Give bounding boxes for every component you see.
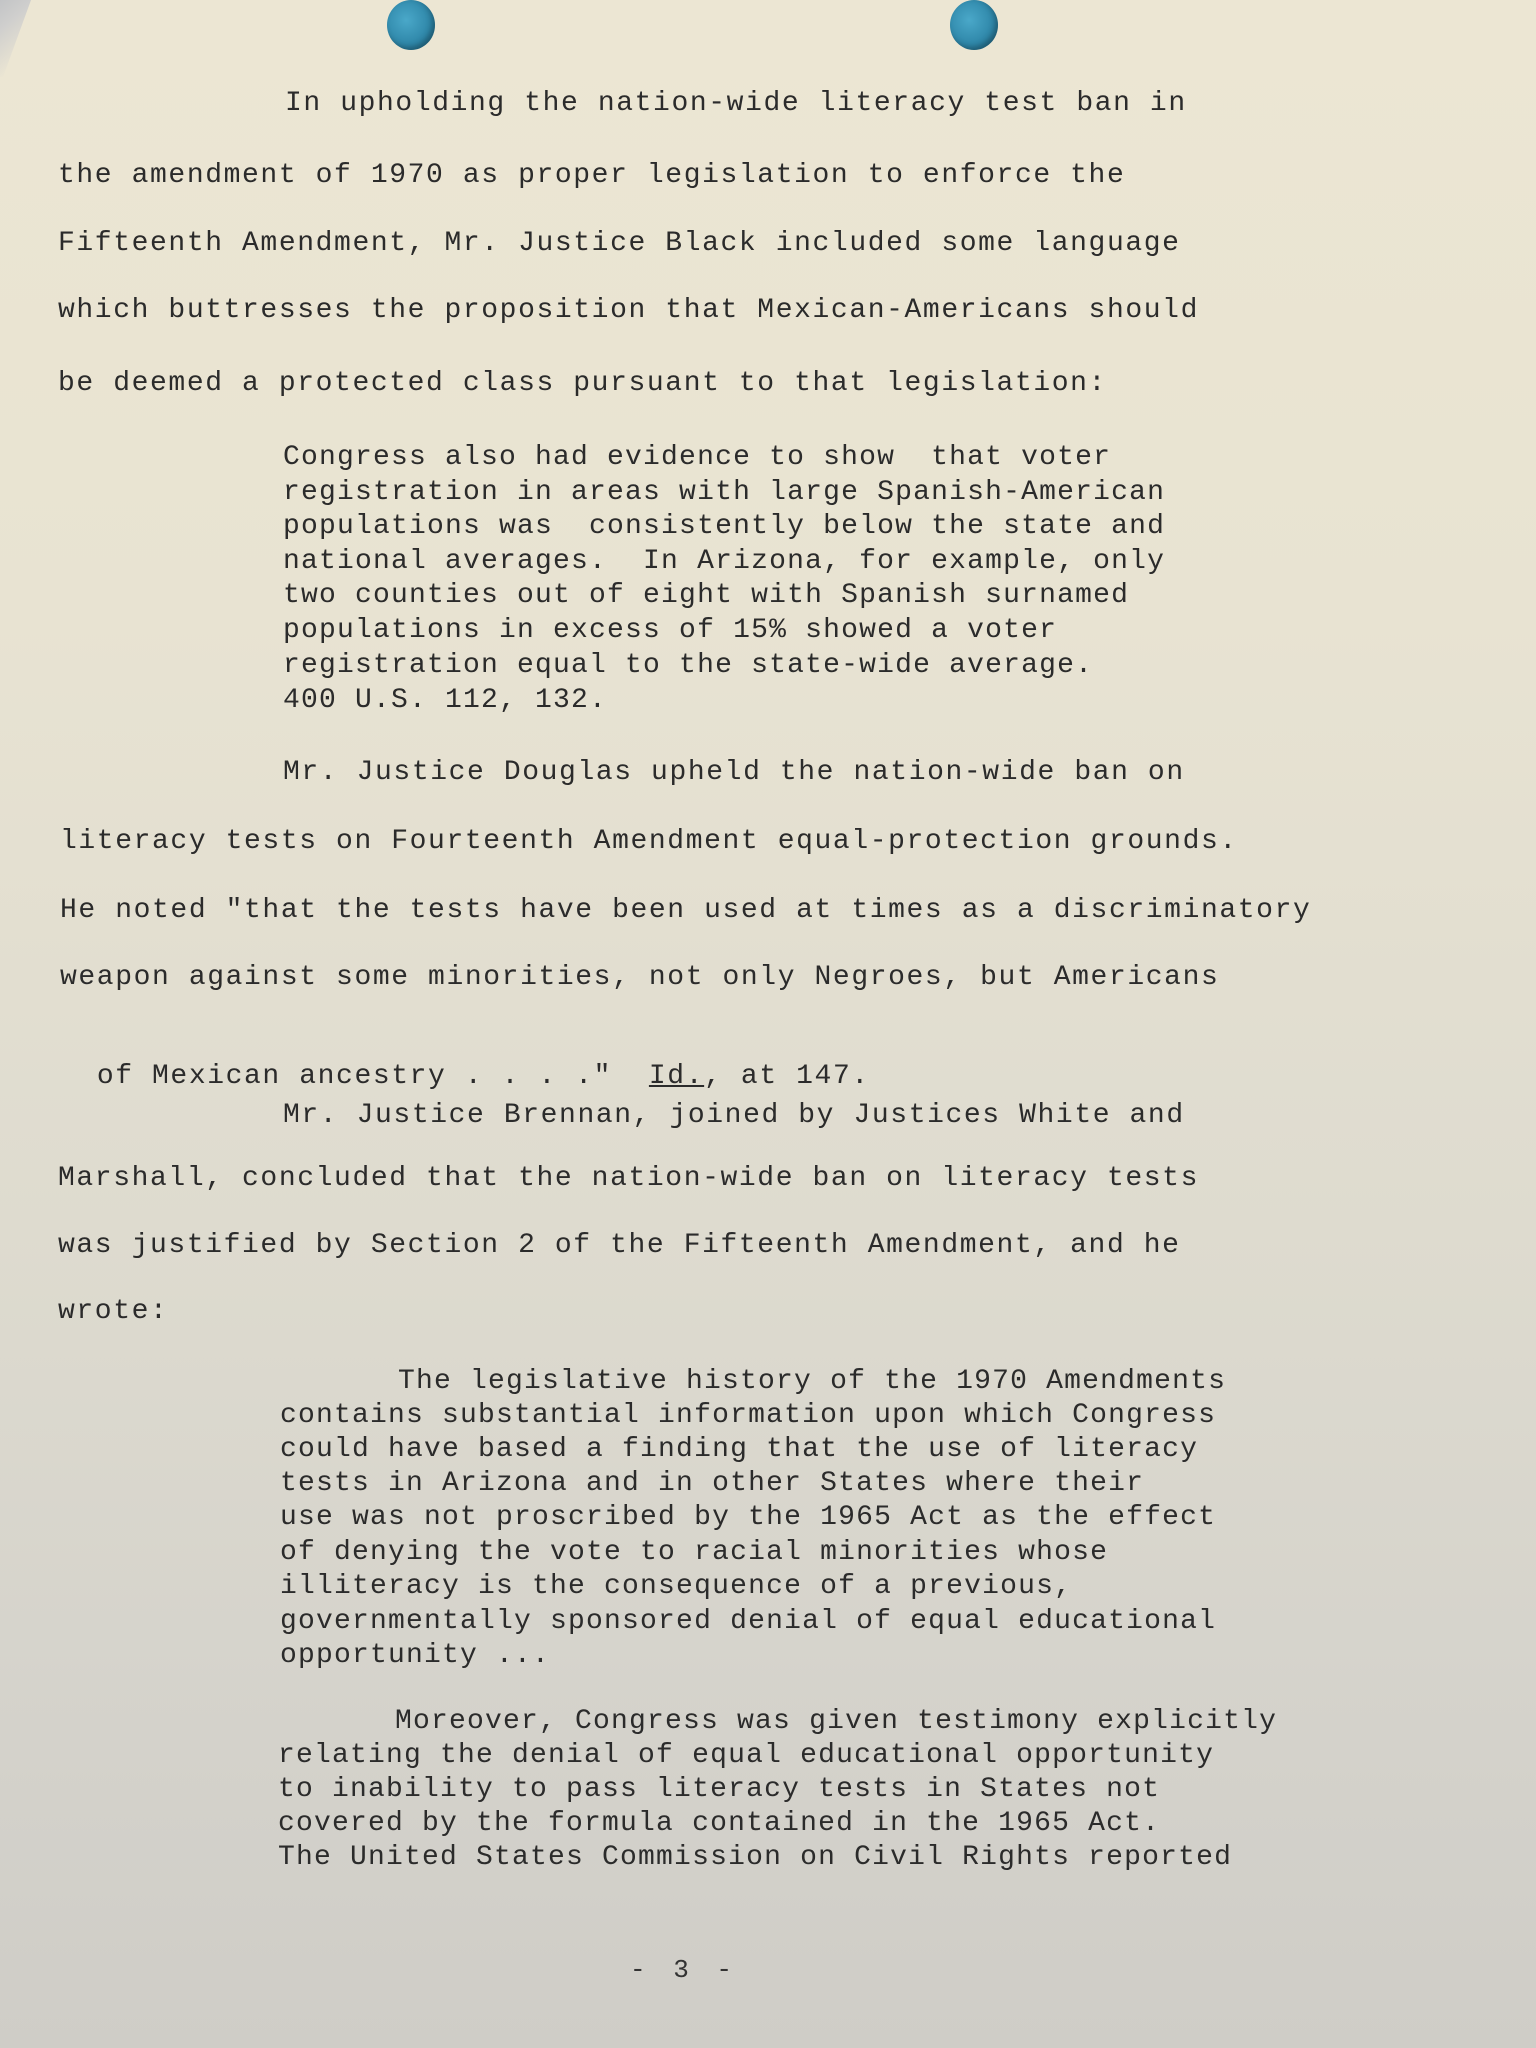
quote-1-line: national averages. In Arizona, for examp… — [283, 546, 1165, 577]
paragraph-1-line: In upholding the nation-wide literacy te… — [285, 88, 1187, 119]
paragraph-2-line: weapon against some minorities, not only… — [60, 962, 1219, 993]
page-number: - 3 - — [630, 1955, 738, 1985]
quote-3-line: to inability to pass literacy tests in S… — [278, 1774, 1160, 1805]
paragraph-1-line: which buttresses the proposition that Me… — [58, 295, 1199, 326]
quote-1-line: registration in areas with large Spanish… — [283, 477, 1165, 508]
citation-id: Id. — [649, 1061, 704, 1092]
quote-1-line: populations in excess of 15% showed a vo… — [283, 615, 1057, 646]
citation-page: , at 147. — [704, 1061, 870, 1092]
quote-2-line: contains substantial information upon wh… — [280, 1400, 1216, 1431]
paragraph-2-line: He noted "that the tests have been used … — [60, 895, 1311, 926]
quote-3-line: The United States Commission on Civil Ri… — [278, 1842, 1232, 1873]
paragraph-3-line: was justified by Section 2 of the Fiftee… — [58, 1230, 1181, 1261]
quote-3-line: relating the denial of equal educational… — [278, 1740, 1214, 1771]
punch-hole-right — [950, 0, 998, 50]
paragraph-3-line: Mr. Justice Brennan, joined by Justices … — [283, 1100, 1185, 1131]
quote-2-line: tests in Arizona and in other States whe… — [280, 1468, 1144, 1499]
quote-2-line: of denying the vote to racial minorities… — [280, 1537, 1108, 1568]
paragraph-1-line: the amendment of 1970 as proper legislat… — [58, 160, 1125, 191]
quote-1-line: Congress also had evidence to show that … — [283, 442, 1111, 473]
paragraph-2-line: of Mexican ancestry . . . ." Id., at 147… — [60, 1030, 870, 1092]
quote-1-line: two counties out of eight with Spanish s… — [283, 580, 1129, 611]
quote-2-line: illiteracy is the consequence of a previ… — [280, 1571, 1072, 1602]
quote-2-line: opportunity ... — [280, 1640, 550, 1671]
quote-1-line: populations was consistently below the s… — [283, 511, 1165, 542]
quote-3-line: Moreover, Congress was given testimony e… — [395, 1706, 1277, 1737]
page-corner-shadow — [0, 0, 34, 78]
quote-2-line: could have based a finding that the use … — [280, 1434, 1198, 1465]
quote-2-line: use was not proscribed by the 1965 Act a… — [280, 1502, 1216, 1533]
quote-1-line: 400 U.S. 112, 132. — [283, 685, 607, 716]
paragraph-2-line: literacy tests on Fourteenth Amendment e… — [60, 826, 1238, 857]
quote-text: of Mexican ancestry . . . ." — [97, 1061, 612, 1092]
punch-hole-left — [387, 0, 435, 50]
quote-1-line: registration equal to the state-wide ave… — [283, 650, 1093, 681]
paragraph-1-line: be deemed a protected class pursuant to … — [58, 368, 1107, 399]
paragraph-3-line: wrote: — [58, 1296, 168, 1327]
quote-2-line: The legislative history of the 1970 Amen… — [398, 1366, 1226, 1397]
paragraph-2-line: Mr. Justice Douglas upheld the nation-wi… — [283, 757, 1185, 788]
quote-3-line: covered by the formula contained in the … — [278, 1808, 1160, 1839]
quote-2-line: governmentally sponsored denial of equal… — [280, 1606, 1216, 1637]
paragraph-3-line: Marshall, concluded that the nation-wide… — [58, 1163, 1199, 1194]
paragraph-1-line: Fifteenth Amendment, Mr. Justice Black i… — [58, 228, 1181, 259]
